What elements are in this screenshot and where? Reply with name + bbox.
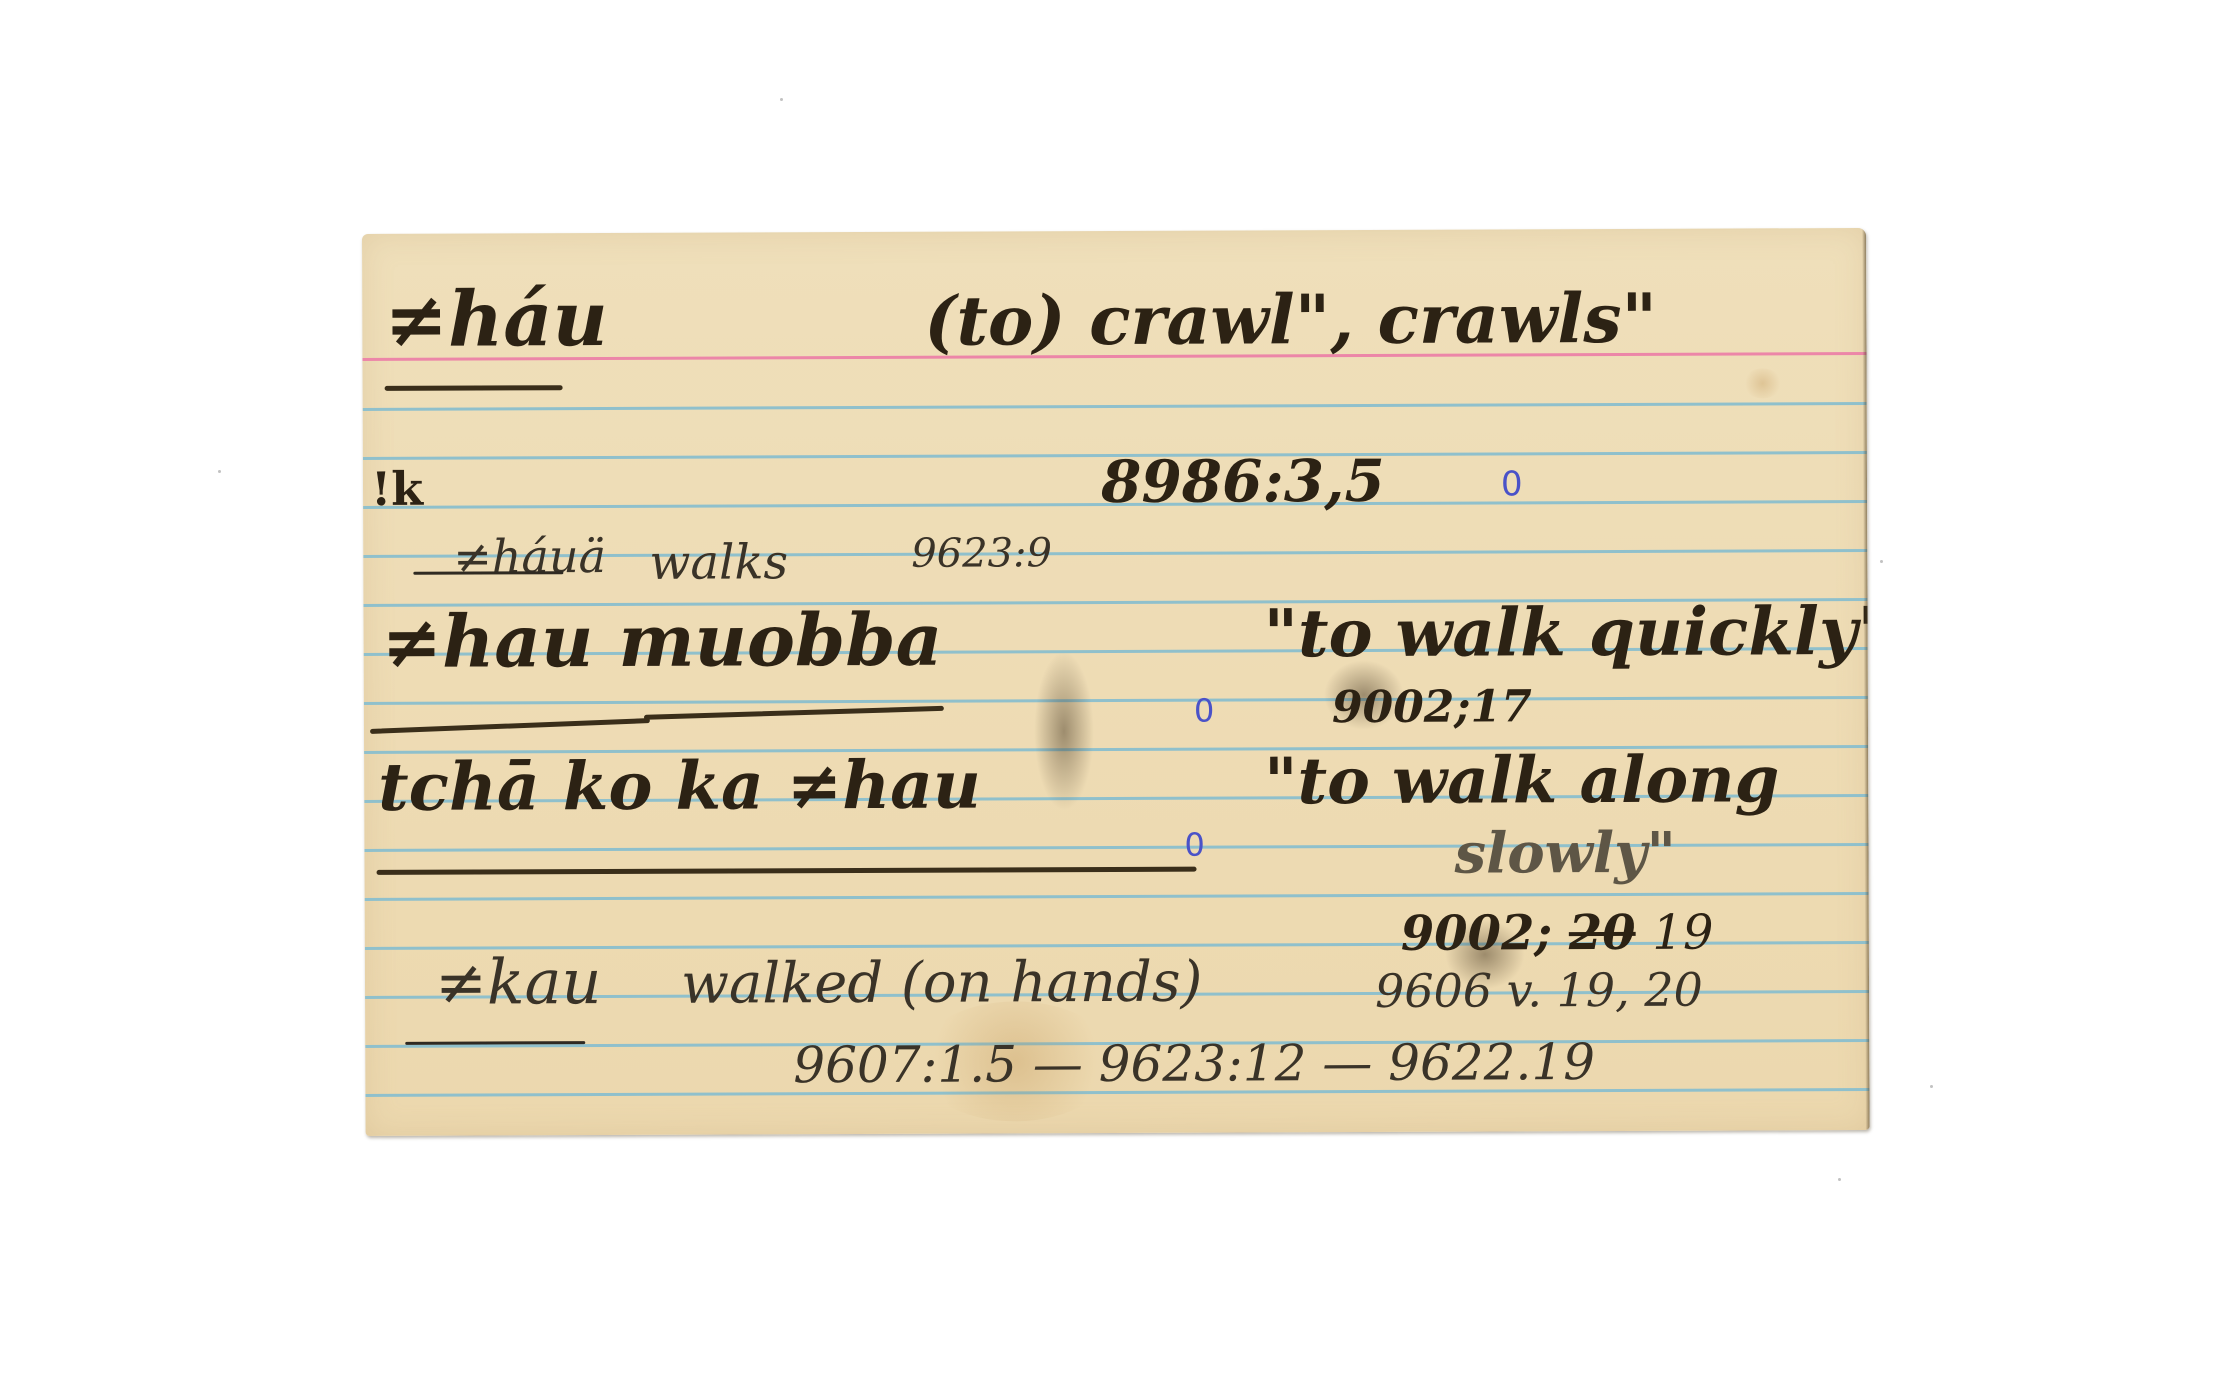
- entry-underline: [644, 706, 944, 720]
- entry-reference-line2: 9607:1.5 — 9623:12 — 9622.19: [793, 1037, 1595, 1090]
- entry-underline: [377, 867, 1197, 875]
- ruled-line: [364, 696, 1868, 705]
- dust-speck: [218, 470, 221, 473]
- reference-struck: 20: [1569, 905, 1636, 961]
- entry-underline: [370, 718, 650, 734]
- source-reference: 8986:3,5: [1101, 452, 1385, 511]
- ink-smudge: [1034, 651, 1095, 811]
- entry-reference: 9002; 20 19: [1401, 909, 1714, 958]
- language-mark: !k: [371, 466, 423, 512]
- dust-speck: [1880, 560, 1883, 563]
- foxing-stain: [1743, 368, 1783, 398]
- check-mark: 0: [1501, 467, 1523, 501]
- entry-gloss: "to walk quickly": [1263, 598, 1869, 667]
- entry-gloss-line1: "to walk along: [1264, 748, 1779, 814]
- header-gloss: (to) crawl", crawls": [924, 285, 1657, 356]
- entry-form: tchā ko ka ≠hau: [378, 752, 981, 820]
- entry-reference: 9002;17: [1332, 685, 1532, 730]
- dust-speck: [780, 98, 783, 101]
- dust-speck: [1930, 1085, 1933, 1088]
- ruled-line: [365, 892, 1869, 901]
- entry-reference-line1: 9606 v. 19, 20: [1375, 967, 1703, 1014]
- entry-gloss: walks: [649, 538, 788, 587]
- entry-gloss: walked (on hands): [681, 955, 1203, 1013]
- entry-underline: [413, 571, 563, 575]
- entry-gloss-line2: slowly": [1454, 825, 1676, 882]
- reference-prefix: 9002;: [1401, 905, 1553, 962]
- check-mark: 0: [1184, 829, 1204, 861]
- entry-form: ≠kau: [435, 951, 602, 1014]
- dust-speck: [1838, 1178, 1841, 1181]
- headword: ≠háu: [384, 281, 608, 358]
- entry-reference: 9623:9: [911, 533, 1052, 574]
- check-mark: 0: [1194, 695, 1214, 727]
- index-card: ≠háu (to) crawl", crawls" !k 8986:3,5 0 …: [362, 228, 1870, 1136]
- reference-suffix: 19: [1652, 905, 1713, 961]
- ruled-line: [363, 402, 1867, 411]
- entry-form: ≠hau muobba: [381, 604, 942, 678]
- headword-underline: [385, 385, 563, 391]
